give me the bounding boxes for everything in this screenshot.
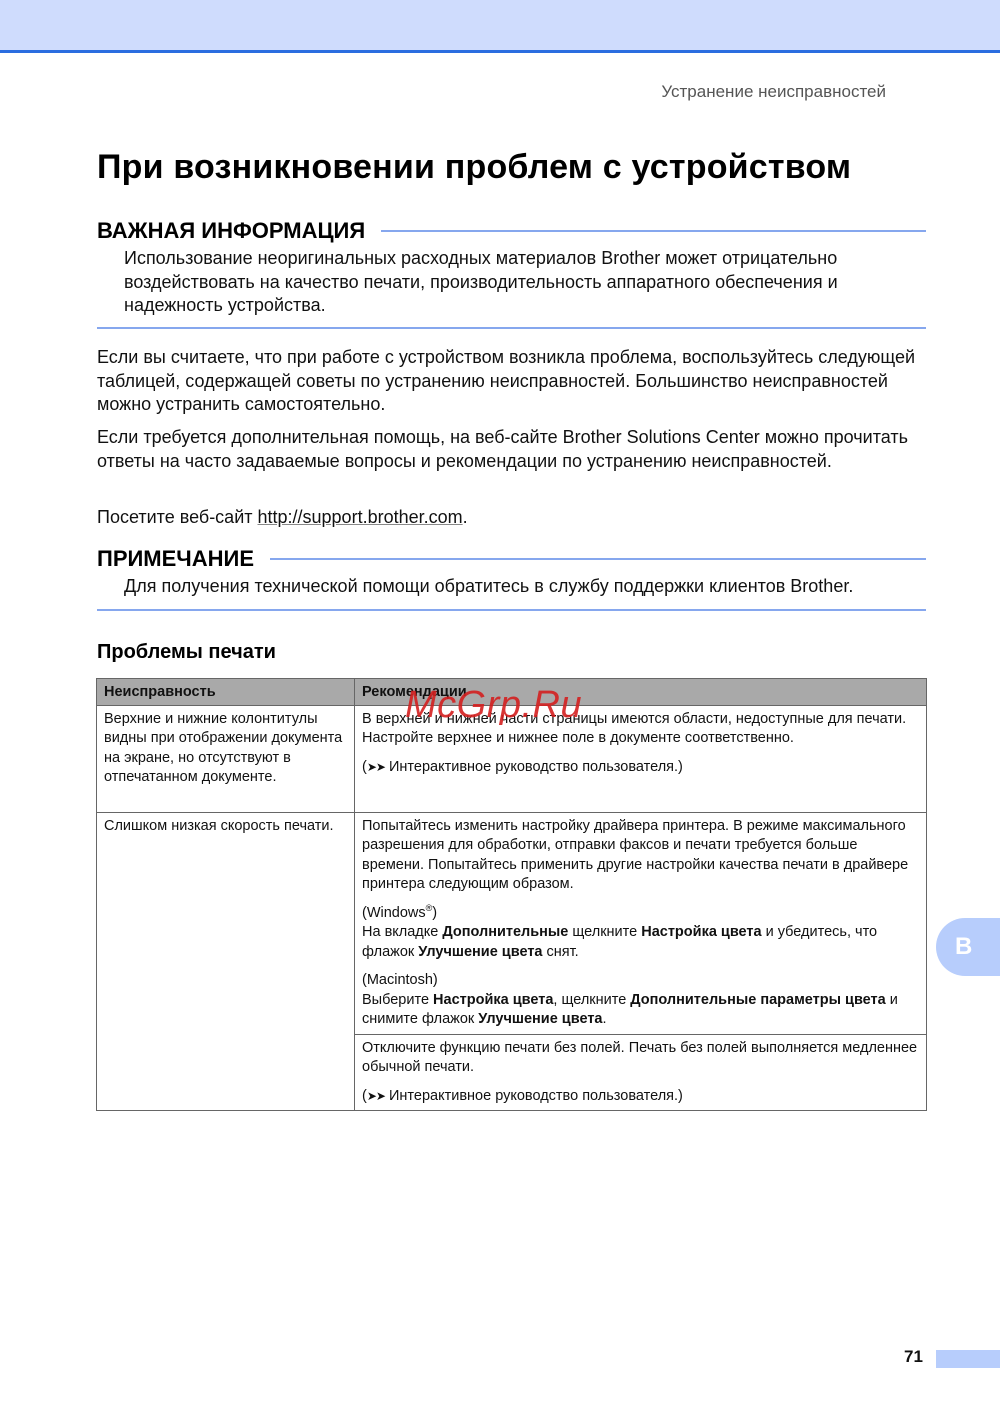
column-header-recommendation: Рекомендации — [355, 679, 927, 706]
text: , щелкните — [553, 992, 630, 1008]
problem-cell: Верхние и нижние колонтитулы видны при о… — [97, 705, 355, 812]
ui-term: Улучшение цвета — [418, 944, 542, 960]
running-head: Устранение неисправностей — [661, 82, 886, 102]
recommendation-cell: Отключите функцию печати без полей. Печа… — [355, 1034, 927, 1111]
mac-instructions: (Macintosh) Выберите Настройка цвета, ще… — [362, 971, 919, 1030]
problem-cell: Слишком низкая скорость печати. — [97, 812, 355, 1111]
recommendation-text: Попытайтесь изменить настройку драйвера … — [362, 817, 919, 895]
note-label: ПРИМЕЧАНИЕ — [97, 546, 254, 572]
chapter-tab: B — [936, 918, 1000, 976]
recommendation-cell: В верхней и нижней части страницы имеютс… — [355, 705, 927, 812]
column-header-problem: Неисправность — [97, 679, 355, 706]
double-arrow-icon: ➤➤ — [367, 1089, 385, 1103]
divider — [97, 327, 926, 329]
ui-term: Улучшение цвета — [478, 1011, 602, 1027]
ui-term: Дополнительные — [442, 924, 568, 940]
visit-paragraph: Посетите веб-сайт http://support.brother… — [97, 506, 927, 530]
section-title: Проблемы печати — [97, 641, 276, 664]
support-link[interactable]: http://support.brother.com — [258, 507, 463, 527]
intro-paragraph: Если вы считаете, что при работе с устро… — [97, 346, 927, 417]
double-arrow-icon: ➤➤ — [367, 760, 385, 774]
divider — [270, 558, 926, 560]
text: щелкните — [568, 924, 641, 940]
table-row: Верхние и нижние колонтитулы видны при о… — [97, 705, 927, 812]
os-label-close: ) — [432, 905, 437, 921]
recommendation-cell: Попытайтесь изменить настройку драйвера … — [355, 812, 927, 1034]
important-text: Использование неоригинальных расходных м… — [124, 247, 924, 318]
page-title: При возникновении проблем с устройством — [97, 148, 851, 187]
troubleshooting-table: Неисправность Рекомендации Верхние и ниж… — [96, 678, 927, 1111]
important-label: ВАЖНАЯ ИНФОРМАЦИЯ — [97, 218, 365, 244]
recommendation-text: В верхней и нижней части страницы имеютс… — [362, 710, 919, 749]
manual-reference: (➤➤ Интерактивное руководство пользовате… — [362, 1087, 919, 1107]
table-header-row: Неисправность Рекомендации — [97, 679, 927, 706]
text: снят. — [542, 944, 578, 960]
note-box-header: ПРИМЕЧАНИЕ — [97, 546, 926, 572]
help-paragraph: Если требуется дополнительная помощь, на… — [97, 426, 927, 473]
page-number: 71 — [904, 1347, 923, 1367]
text: На вкладке — [362, 924, 442, 940]
visit-suffix: . — [463, 507, 468, 527]
manual-reference: (➤➤ Интерактивное руководство пользовате… — [362, 758, 919, 778]
divider — [381, 230, 926, 232]
os-label: (Windows — [362, 905, 426, 921]
windows-instructions: (Windows®) На вкладке Дополнительные щел… — [362, 904, 919, 963]
divider — [97, 609, 926, 611]
important-box-header: ВАЖНАЯ ИНФОРМАЦИЯ — [97, 218, 926, 244]
ui-term: Дополнительные параметры цвета — [630, 992, 885, 1008]
reference-text: Интерактивное руководство пользователя.) — [385, 1088, 683, 1104]
os-label: (Macintosh) — [362, 972, 438, 988]
ui-term: Настройка цвета — [433, 992, 553, 1008]
table-row: Слишком низкая скорость печати. Попытайт… — [97, 812, 927, 1034]
reference-text: Интерактивное руководство пользователя.) — [385, 759, 683, 775]
page-number-bar — [936, 1350, 1000, 1368]
ui-term: Настройка цвета — [641, 924, 761, 940]
visit-prefix: Посетите веб-сайт — [97, 507, 258, 527]
text: Выберите — [362, 992, 433, 1008]
text: . — [602, 1011, 606, 1027]
recommendation-text: Отключите функцию печати без полей. Печа… — [362, 1039, 919, 1078]
header-band — [0, 0, 1000, 53]
note-text: Для получения технической помощи обратит… — [124, 575, 924, 599]
